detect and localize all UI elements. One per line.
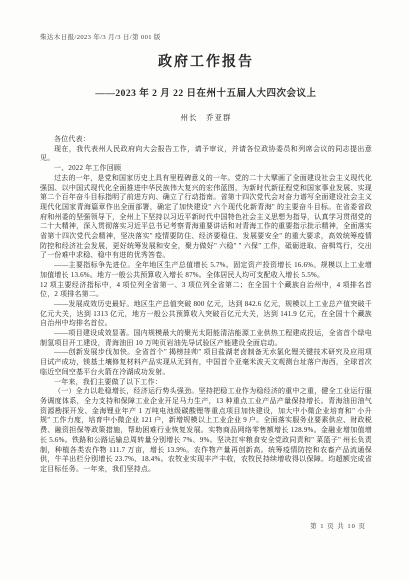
body-paragraph: ——项目建设成效显著。国内规模最大的聚光太阳能清洁能源工业供热工程建成投运，全省… [40,329,372,348]
page-title: 政府工作报告 [40,51,372,71]
section-heading: 一、2022 年工作回顾 [40,164,372,174]
body-paragraph: ——发展成效历史最好。地区生产总值突破 800 亿元，达到 842.6 亿元，规… [40,300,372,329]
body-paragraph: 过去的一年，是党和国家历史上具有里程碑意义的一年。党的二十大擘画了全面建设社会主… [40,174,372,261]
masthead: 柴达木日报/2023 年/3 月/3 日/第 001 版 [40,32,372,41]
body-paragraph: ——创新发展步伐加快。全省首个" 揭榜挂帅" 项目盐湖老卤制备无水氯化锂关键技术… [40,348,372,377]
body-paragraph: ——主要指标争先进位。全年地区生产总值增长 5.7%。固定资产投资增长 16.6… [40,261,372,280]
body-paragraph: 一年来，我们主要做了以下工作： [40,378,372,388]
body-paragraph: （一）全力以赴稳增长，经济运行势头强劲。坚持把稳工业作为稳经济的重中之重，健全工… [40,387,372,474]
body-paragraph: 各位代表： [40,135,372,145]
body-paragraph: 现在，我代表州人民政府向大会报告工作，请予审议，并请各位政协委员和列席会议的同志… [40,145,372,164]
body-paragraph: 12 项主要经济指标中，4 项位列全省第一、3 项位列全省第二；在全国十个藏族自… [40,281,372,300]
document-page: 柴达木日报/2023 年/3 月/3 日/第 001 版 政府工作报告 ——20… [0,0,410,580]
byline: 州长 乔亚群 [40,112,372,123]
page-subtitle: ——2023 年 2 月 22 日在州十五届人大四次会议上 [40,85,372,99]
report-body: 各位代表： 现在，我代表州人民政府向大会报告工作，请予审议，并请各位政协委员和列… [40,135,372,475]
page-number: 第 1 页 共 10 页 [310,521,366,530]
